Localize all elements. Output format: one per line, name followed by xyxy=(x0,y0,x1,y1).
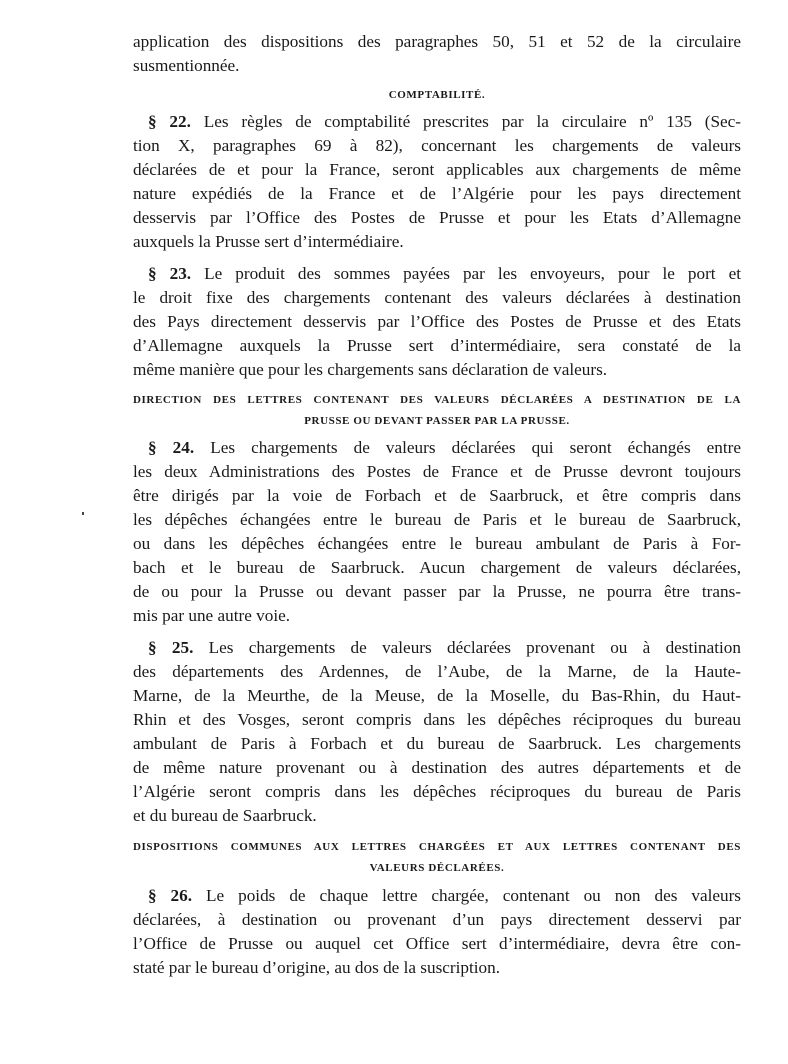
p24-line-8: mis par une autre voie. xyxy=(133,604,741,628)
p24-number: § 24. xyxy=(148,438,194,457)
p26-line-2: déclarées, à destination ou provenant d’… xyxy=(133,908,741,932)
p22-line-1: § 22. Les règles de comptabilité prescri… xyxy=(148,110,741,134)
p22-text-1: Les règles de comptabilité prescrites pa… xyxy=(204,112,741,131)
p25-line-3: Marne, de la Meurthe, de la Meuse, de la… xyxy=(133,684,741,708)
p24-line-7: de ou pour la Prusse ou devant passer pa… xyxy=(133,580,741,604)
section-heading-direction-line-2: PRUSSE OU DEVANT PASSER PAR LA PRUSSE. xyxy=(133,412,741,430)
p22-number: § 22. xyxy=(148,112,191,131)
p24-line-3: être dirigés par la voie de Forbach et d… xyxy=(133,484,741,508)
p26-number: § 26. xyxy=(148,886,192,905)
p26-line-4: staté par le bureau d’origine, au dos de… xyxy=(133,956,741,980)
p25-line-4: Rhin et des Vosges, seront compris dans … xyxy=(133,708,741,732)
section-heading-dispositions-line-1: DISPOSITIONS COMMUNES AUX LETTRES CHARGÉ… xyxy=(133,838,741,856)
p23-number: § 23. xyxy=(148,264,191,283)
p23-line-5: même manière que pour les chargements sa… xyxy=(133,358,741,382)
section-heading-direction-line-1: DIRECTION DES LETTRES CONTENANT DES VALE… xyxy=(133,391,741,409)
scan-speck xyxy=(82,512,84,515)
intro-line-1: application des dispositions des paragra… xyxy=(133,30,741,54)
document-page: application des dispositions des paragra… xyxy=(0,0,788,1064)
p25-line-6: de même nature provenant ou à destinatio… xyxy=(133,756,741,780)
p22-line-5: desservis par l’Office des Postes de Pru… xyxy=(133,206,741,230)
p23-line-2: le droit fixe des chargements contenant … xyxy=(133,286,741,310)
p25-text-1: Les chargements de valeurs déclarées pro… xyxy=(209,638,741,657)
p26-line-1: § 26. Le poids de chaque lettre chargée,… xyxy=(148,884,741,908)
p23-line-3: des Pays directement desservis par l’Off… xyxy=(133,310,741,334)
p22-line-4: nature expédiés de la France et de l’Alg… xyxy=(133,182,741,206)
p24-line-6: bach et le bureau de Saarbruck. Aucun ch… xyxy=(133,556,741,580)
p24-line-2: les deux Administrations des Postes de F… xyxy=(133,460,741,484)
p26-line-3: l’Office de Prusse ou auquel cet Office … xyxy=(133,932,741,956)
p22-line-3: déclarées de et pour la France, seront a… xyxy=(133,158,741,182)
p23-line-1: § 23. Le produit des sommes payées par l… xyxy=(148,262,741,286)
p25-line-5: ambulant de Paris à Forbach et du bureau… xyxy=(133,732,741,756)
p25-line-7: l’Algérie seront compris dans les dépêch… xyxy=(133,780,741,804)
intro-line-2: susmentionnée. xyxy=(133,54,741,78)
p22-line-2: tion X, paragraphes 69 à 82), concernant… xyxy=(133,134,741,158)
p24-line-1: § 24. Les chargements de valeurs déclaré… xyxy=(148,436,741,460)
p24-text-1: Les chargements de valeurs déclarées qui… xyxy=(210,438,741,457)
p25-line-8: et du bureau de Saarbruck. xyxy=(133,804,741,828)
p25-line-1: § 25. Les chargements de valeurs déclaré… xyxy=(148,636,741,660)
p25-number: § 25. xyxy=(148,638,193,657)
p25-line-2: des départements des Ardennes, de l’Aube… xyxy=(133,660,741,684)
p22-line-6: auxquels la Prusse sert d’intermédiaire. xyxy=(133,230,741,254)
p24-line-4: les dépêches échangées entre le bureau d… xyxy=(133,508,741,532)
p23-line-4: d’Allemagne auxquels la Prusse sert d’in… xyxy=(133,334,741,358)
p24-line-5: ou dans les dépêches échangées entre le … xyxy=(133,532,741,556)
section-heading-dispositions-line-2: VALEURS DÉCLARÉES. xyxy=(133,859,741,877)
p26-text-1: Le poids de chaque lettre chargée, conte… xyxy=(206,886,741,905)
section-heading-comptabilite: COMPTABILITÉ. xyxy=(133,86,741,104)
p23-text-1: Le produit des sommes payées par les env… xyxy=(204,264,741,283)
